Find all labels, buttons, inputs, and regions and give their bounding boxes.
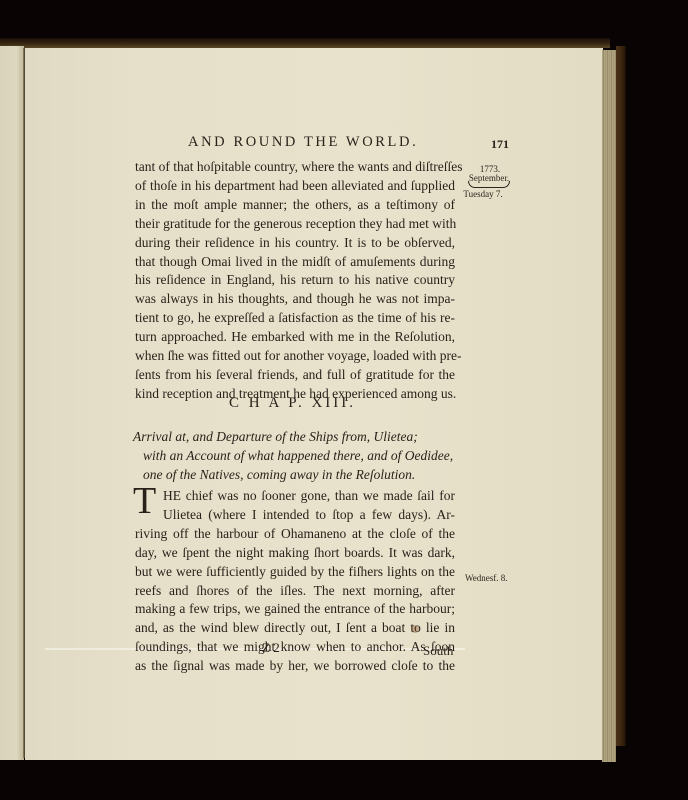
text-line: reefs and ſhores of the iſles. The next … (135, 582, 455, 601)
paragraph-omai: tant of that hoſpitable country, where t… (135, 158, 455, 404)
text-line: that though Omai lived in the midſt of a… (135, 253, 455, 272)
text-line: tient to go, he expreſſed a ſatisfaction… (135, 309, 455, 328)
brace-icon (468, 181, 510, 188)
text-line: HE chief was no ſooner gone, than we mad… (135, 487, 455, 506)
text-line: was always in his thoughts, and though h… (135, 290, 455, 309)
cover-board (616, 46, 626, 746)
text-line: his reſidence in England, his return to … (135, 271, 455, 290)
chapter-summary: Arrival at, and Departure of the Ships f… (133, 427, 459, 484)
text-line: and, as the wind blew directly out, I ſe… (135, 619, 455, 638)
text-line: of thoſe in his department had been alle… (135, 177, 455, 196)
text-line: in the moſt ample manner; the others, as… (135, 196, 455, 215)
text-line: when ſhe was fitted out for another voya… (135, 347, 455, 366)
text-line: Ulietea (where I intended to ſtop a few … (135, 506, 455, 525)
paragraph-ulietea: HE chief was no ſooner gone, than we mad… (135, 487, 455, 676)
signature-mark: Z 2 (262, 640, 280, 656)
margin-note-day-wednesday: Wednesf. 8. (465, 573, 508, 583)
text-line: making a few trips, we gained the entran… (135, 600, 455, 619)
running-head: AND ROUND THE WORLD. (188, 134, 418, 151)
catchword: South (423, 643, 453, 659)
text-line: ſoundings, that we might know when to an… (135, 638, 455, 657)
text-line: as the ſignal was made by her, we borrow… (135, 657, 455, 676)
ink-stain (411, 625, 419, 633)
summary-line: with an Account of what happened there, … (133, 446, 459, 465)
text-line: tant of that hoſpitable country, where t… (135, 158, 455, 177)
margin-note-day-tuesday: Tuesday 7. (462, 189, 504, 199)
book-scan: AND ROUND THE WORLD. 171 1773. September… (0, 0, 688, 800)
left-page-sliver (0, 46, 24, 760)
summary-line: Arrival at, and Departure of the Ships f… (133, 427, 459, 446)
page-number: 171 (491, 137, 509, 152)
page-block-edge (602, 50, 616, 762)
text-line: their gratitude for the generous recepti… (135, 215, 455, 234)
summary-line: one of the Natives, coming away in the R… (133, 465, 459, 484)
text-line: riving off the harbour of Ohamaneno at t… (135, 525, 455, 544)
text-line: day, we ſpent the night making ſhort boa… (135, 544, 455, 563)
text-line: but we were ſufficiently guided by the f… (135, 563, 455, 582)
text-line: ſents from his ſeveral friends, and full… (135, 366, 455, 385)
chapter-heading: C H A P. XIII. (229, 395, 356, 412)
text-line: turn approached. He embarked with me in … (135, 328, 455, 347)
text-line: during their reſidence in his country. I… (135, 234, 455, 253)
cover-top-edge (0, 38, 610, 48)
